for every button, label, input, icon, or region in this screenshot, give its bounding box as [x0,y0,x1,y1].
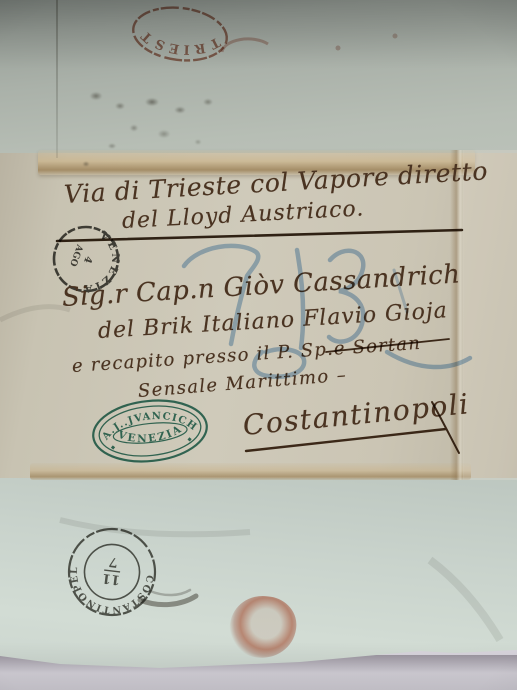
red-offset-arc [222,39,268,52]
destination-underline [246,429,446,451]
destination-flourish [432,402,459,453]
markings-overlay [0,0,517,690]
red-speck-1 [336,46,341,51]
ink-smear-thin [150,590,190,595]
routing-underline [57,230,462,241]
photo-of-folded-letter: TRIEST VENEZIA 4 AGO Via di Trieste col … [0,0,517,690]
ink-smear [140,596,196,605]
blue-rate-mark [184,246,470,377]
paper-wrinkles [0,307,500,640]
letter-sheet: TRIEST VENEZIA 4 AGO Via di Trieste col … [0,0,517,670]
red-speck-2 [393,34,398,39]
